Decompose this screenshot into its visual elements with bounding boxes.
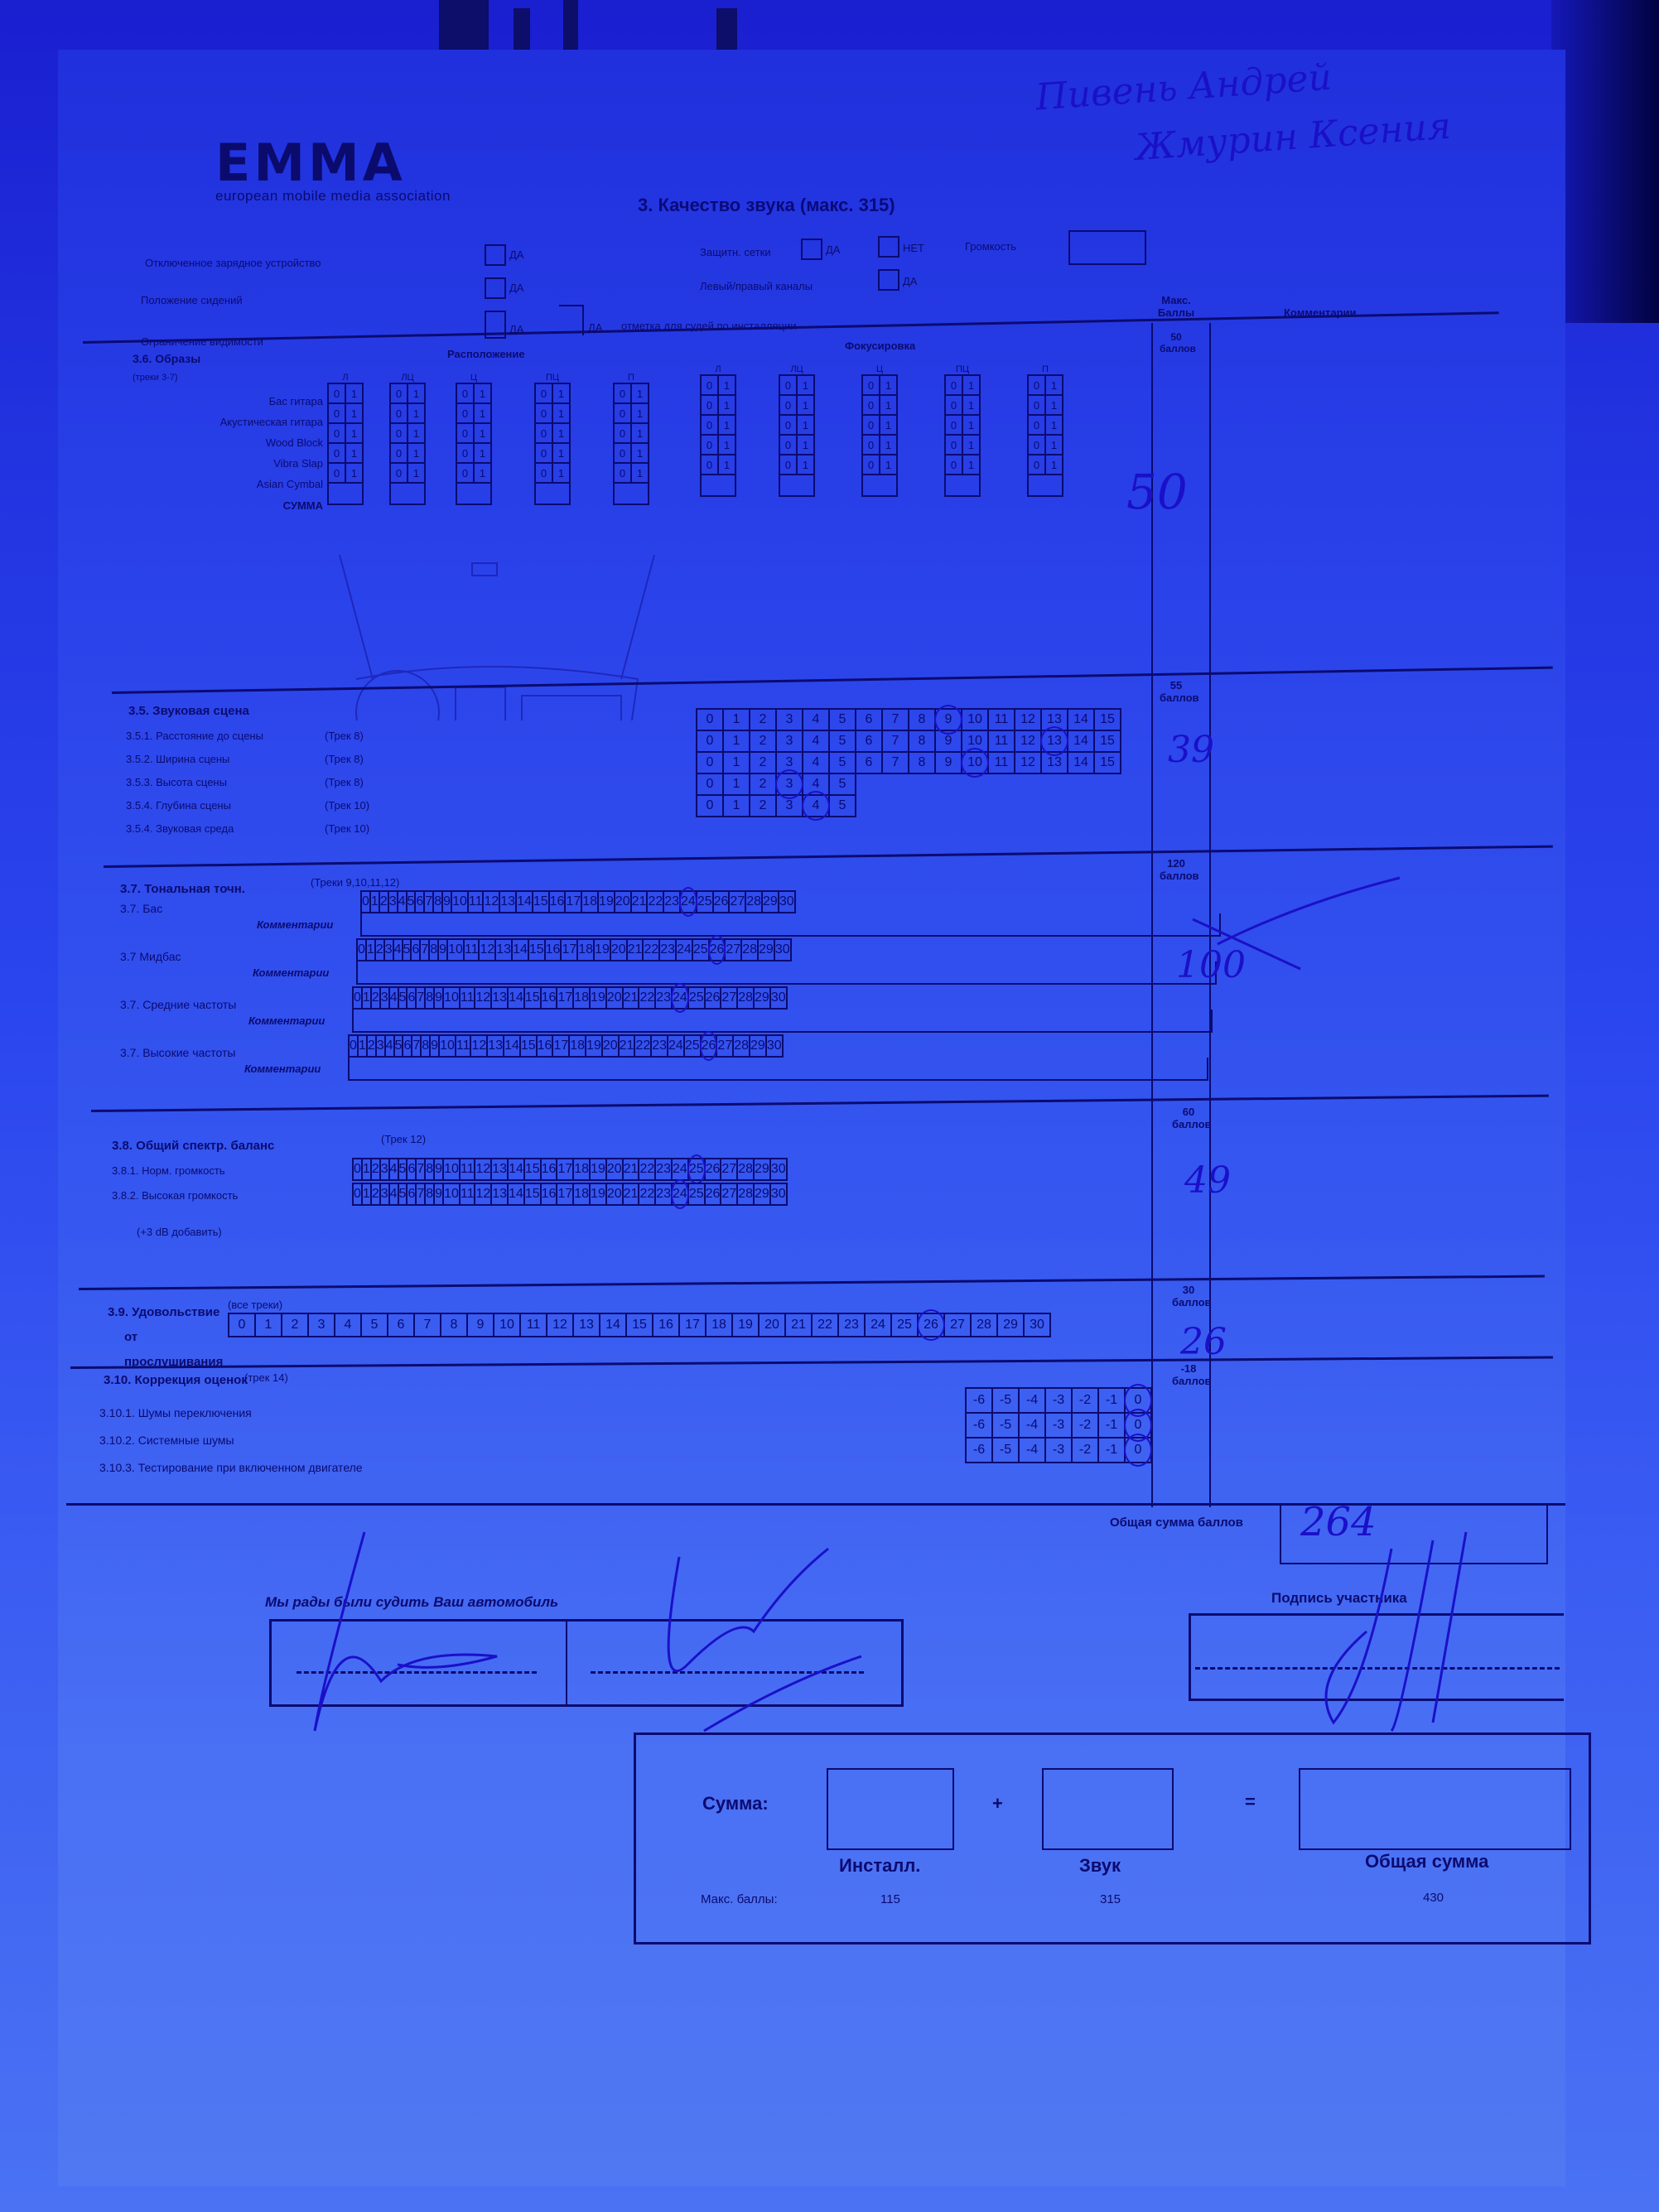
image-option-1[interactable]: 1: [345, 383, 363, 403]
score-option-7[interactable]: 7: [416, 987, 425, 1009]
score-option-19[interactable]: 19: [586, 1035, 602, 1057]
score-option-5[interactable]: 5: [398, 987, 408, 1009]
score-option-6[interactable]: 6: [407, 987, 416, 1009]
correction-option--6[interactable]: -6: [966, 1413, 992, 1438]
image-option-1[interactable]: 1: [631, 383, 649, 403]
image-option-1[interactable]: 1: [474, 403, 491, 423]
score-option-11[interactable]: 11: [988, 730, 1015, 752]
score-option-5[interactable]: 5: [361, 1313, 388, 1337]
image-option-1[interactable]: 1: [797, 455, 814, 475]
score-option-8[interactable]: 8: [425, 1159, 434, 1180]
score-option-18[interactable]: 18: [569, 1035, 586, 1057]
image-option-1[interactable]: 1: [718, 435, 735, 455]
score-option-5[interactable]: 5: [398, 1159, 408, 1180]
score-option-30[interactable]: 30: [770, 1159, 787, 1180]
score-option-4[interactable]: 4: [385, 1035, 394, 1057]
score-option-3[interactable]: 3: [380, 1183, 389, 1205]
image-sum-cell[interactable]: [701, 475, 735, 496]
score-option-8[interactable]: 8: [425, 1183, 434, 1205]
score-option-18[interactable]: 18: [706, 1313, 732, 1337]
correction-option--2[interactable]: -2: [1072, 1413, 1098, 1438]
score-option-5[interactable]: 5: [829, 730, 856, 752]
score-option-30[interactable]: 30: [774, 939, 791, 961]
score-option-7[interactable]: 7: [416, 1159, 425, 1180]
score-option-8[interactable]: 8: [425, 987, 434, 1009]
score-option-12[interactable]: 12: [475, 987, 491, 1009]
image-option-1[interactable]: 1: [1045, 435, 1063, 455]
score-option-23[interactable]: 23: [655, 1159, 672, 1180]
score-option-23[interactable]: 23: [663, 891, 680, 913]
score-option-1[interactable]: 1: [366, 939, 375, 961]
score-option-22[interactable]: 22: [812, 1313, 838, 1337]
score-option-9[interactable]: 9: [442, 891, 451, 913]
comment-field[interactable]: [360, 913, 1221, 937]
score-option-25[interactable]: 25: [891, 1313, 918, 1337]
volume-field[interactable]: [1068, 230, 1146, 265]
score-option-7[interactable]: 7: [416, 1183, 425, 1205]
charger-off-checkbox[interactable]: [485, 244, 506, 266]
score-option-14[interactable]: 14: [600, 1313, 626, 1337]
score-option-10[interactable]: 10: [443, 1159, 460, 1180]
correction-option--1[interactable]: -1: [1098, 1413, 1125, 1438]
score-option-28[interactable]: 28: [971, 1313, 997, 1337]
score-option-24[interactable]: 24: [672, 1183, 688, 1205]
image-sum-cell[interactable]: [862, 475, 897, 496]
image-option-0[interactable]: 0: [1028, 455, 1045, 475]
score-option-13[interactable]: 13: [573, 1313, 600, 1337]
score-option-12[interactable]: 12: [470, 1035, 487, 1057]
image-option-1[interactable]: 1: [1045, 415, 1063, 435]
score-option-3[interactable]: 3: [376, 1035, 385, 1057]
score-option-30[interactable]: 30: [1024, 1313, 1050, 1337]
image-sum-cell[interactable]: [945, 475, 980, 496]
score-option-17[interactable]: 17: [552, 1035, 569, 1057]
score-option-2[interactable]: 2: [379, 891, 388, 913]
score-option-28[interactable]: 28: [745, 891, 762, 913]
correction-option-0[interactable]: 0: [1125, 1438, 1151, 1463]
score-option-30[interactable]: 30: [770, 1183, 787, 1205]
grille-yes-checkbox[interactable]: [801, 239, 822, 260]
image-option-1[interactable]: 1: [1045, 375, 1063, 395]
image-option-0[interactable]: 0: [390, 403, 408, 423]
score-option-6[interactable]: 6: [407, 1183, 416, 1205]
score-option-9[interactable]: 9: [434, 1183, 443, 1205]
score-option-21[interactable]: 21: [627, 939, 644, 961]
score-option-14[interactable]: 14: [1068, 709, 1094, 730]
image-option-1[interactable]: 1: [962, 395, 980, 415]
score-option-14[interactable]: 14: [1068, 730, 1094, 752]
image-option-1[interactable]: 1: [345, 463, 363, 483]
correction-option--5[interactable]: -5: [992, 1438, 1019, 1463]
image-option-0[interactable]: 0: [390, 463, 408, 483]
image-option-1[interactable]: 1: [345, 443, 363, 463]
score-option-0[interactable]: 0: [353, 987, 362, 1009]
score-option-18[interactable]: 18: [581, 891, 598, 913]
score-option-12[interactable]: 12: [479, 939, 495, 961]
image-option-0[interactable]: 0: [614, 423, 631, 443]
image-sum-cell[interactable]: [390, 483, 425, 504]
score-option-29[interactable]: 29: [762, 891, 779, 913]
image-option-0[interactable]: 0: [328, 443, 345, 463]
image-option-0[interactable]: 0: [1028, 395, 1045, 415]
score-option-9[interactable]: 9: [434, 1159, 443, 1180]
image-option-1[interactable]: 1: [408, 403, 425, 423]
score-option-21[interactable]: 21: [631, 891, 648, 913]
score-option-5[interactable]: 5: [829, 709, 856, 730]
score-option-2[interactable]: 2: [750, 773, 776, 795]
score-option-29[interactable]: 29: [758, 939, 774, 961]
score-option-0[interactable]: 0: [349, 1035, 358, 1057]
score-option-29[interactable]: 29: [754, 987, 770, 1009]
image-option-1[interactable]: 1: [631, 463, 649, 483]
score-option-8[interactable]: 8: [433, 891, 442, 913]
score-option-24[interactable]: 24: [676, 939, 692, 961]
image-option-1[interactable]: 1: [1045, 395, 1063, 415]
score-option-24[interactable]: 24: [672, 987, 688, 1009]
score-option-27[interactable]: 27: [721, 987, 737, 1009]
score-option-10[interactable]: 10: [439, 1035, 456, 1057]
score-option-6[interactable]: 6: [407, 1159, 416, 1180]
score-option-14[interactable]: 14: [512, 939, 528, 961]
score-option-4[interactable]: 4: [803, 730, 829, 752]
image-option-1[interactable]: 1: [345, 423, 363, 443]
score-option-12[interactable]: 12: [475, 1159, 491, 1180]
score-option-0[interactable]: 0: [361, 891, 370, 913]
image-option-0[interactable]: 0: [328, 403, 345, 423]
image-option-0[interactable]: 0: [945, 455, 962, 475]
image-sum-cell[interactable]: [614, 483, 649, 504]
image-option-0[interactable]: 0: [862, 455, 880, 475]
score-option-24[interactable]: 24: [668, 1035, 684, 1057]
image-option-1[interactable]: 1: [962, 375, 980, 395]
image-option-1[interactable]: 1: [962, 455, 980, 475]
score-option-20[interactable]: 20: [606, 1159, 623, 1180]
score-option-0[interactable]: 0: [697, 795, 723, 817]
image-option-0[interactable]: 0: [535, 383, 552, 403]
score-option-19[interactable]: 19: [590, 1183, 606, 1205]
score-option-15[interactable]: 15: [1094, 730, 1121, 752]
correction-option--4[interactable]: -4: [1019, 1388, 1045, 1413]
image-option-1[interactable]: 1: [552, 403, 570, 423]
image-option-0[interactable]: 0: [614, 383, 631, 403]
score-option-13[interactable]: 13: [491, 987, 508, 1009]
score-option-1[interactable]: 1: [723, 709, 750, 730]
image-option-1[interactable]: 1: [962, 415, 980, 435]
image-option-0[interactable]: 0: [945, 415, 962, 435]
score-option-15[interactable]: 15: [1094, 752, 1121, 773]
score-option-22[interactable]: 22: [639, 1183, 655, 1205]
score-option-1[interactable]: 1: [358, 1035, 367, 1057]
correction-option--5[interactable]: -5: [992, 1413, 1019, 1438]
score-option-21[interactable]: 21: [619, 1035, 635, 1057]
image-option-0[interactable]: 0: [390, 423, 408, 443]
image-option-0[interactable]: 0: [535, 463, 552, 483]
image-option-1[interactable]: 1: [345, 403, 363, 423]
score-option-5[interactable]: 5: [403, 939, 412, 961]
score-option-24[interactable]: 24: [672, 1159, 688, 1180]
score-option-16[interactable]: 16: [549, 891, 566, 913]
score-option-3[interactable]: 3: [776, 709, 803, 730]
score-option-4[interactable]: 4: [393, 939, 403, 961]
score-option-12[interactable]: 12: [483, 891, 499, 913]
score-option-29[interactable]: 29: [997, 1313, 1024, 1337]
score-option-4[interactable]: 4: [803, 752, 829, 773]
score-option-5[interactable]: 5: [829, 795, 856, 817]
score-option-3[interactable]: 3: [308, 1313, 335, 1337]
score-option-7[interactable]: 7: [882, 709, 909, 730]
score-option-28[interactable]: 28: [737, 1159, 754, 1180]
image-option-0[interactable]: 0: [862, 375, 880, 395]
install-sum-field[interactable]: [827, 1768, 954, 1850]
image-option-1[interactable]: 1: [631, 443, 649, 463]
correction-option--4[interactable]: -4: [1019, 1438, 1045, 1463]
score-option-0[interactable]: 0: [229, 1313, 255, 1337]
score-option-28[interactable]: 28: [741, 939, 758, 961]
image-option-0[interactable]: 0: [390, 383, 408, 403]
image-option-1[interactable]: 1: [880, 435, 897, 455]
score-option-16[interactable]: 16: [541, 1159, 557, 1180]
score-option-29[interactable]: 29: [754, 1183, 770, 1205]
score-option-0[interactable]: 0: [697, 773, 723, 795]
image-sum-cell[interactable]: [1028, 475, 1063, 496]
score-option-20[interactable]: 20: [606, 1183, 623, 1205]
score-option-18[interactable]: 18: [573, 1159, 590, 1180]
score-option-26[interactable]: 26: [701, 1035, 717, 1057]
seat-position-checkbox[interactable]: [485, 277, 506, 299]
image-option-0[interactable]: 0: [614, 443, 631, 463]
correction-option--2[interactable]: -2: [1072, 1388, 1098, 1413]
image-option-0[interactable]: 0: [862, 435, 880, 455]
score-option-9[interactable]: 9: [935, 730, 962, 752]
image-option-0[interactable]: 0: [701, 415, 718, 435]
score-option-9[interactable]: 9: [935, 752, 962, 773]
score-option-14[interactable]: 14: [504, 1035, 520, 1057]
image-option-1[interactable]: 1: [552, 463, 570, 483]
score-option-10[interactable]: 10: [962, 709, 988, 730]
image-option-0[interactable]: 0: [614, 403, 631, 423]
score-option-14[interactable]: 14: [516, 891, 533, 913]
image-option-1[interactable]: 1: [880, 395, 897, 415]
image-option-0[interactable]: 0: [328, 463, 345, 483]
image-option-0[interactable]: 0: [1028, 375, 1045, 395]
image-option-0[interactable]: 0: [779, 435, 797, 455]
score-option-2[interactable]: 2: [371, 987, 380, 1009]
score-option-5[interactable]: 5: [394, 1035, 403, 1057]
score-option-22[interactable]: 22: [647, 891, 663, 913]
score-option-3[interactable]: 3: [388, 891, 398, 913]
score-option-8[interactable]: 8: [421, 1035, 430, 1057]
score-option-2[interactable]: 2: [750, 730, 776, 752]
score-option-14[interactable]: 14: [508, 987, 524, 1009]
image-option-0[interactable]: 0: [701, 375, 718, 395]
score-option-15[interactable]: 15: [520, 1035, 537, 1057]
score-option-7[interactable]: 7: [420, 939, 429, 961]
image-option-0[interactable]: 0: [390, 443, 408, 463]
score-option-3[interactable]: 3: [776, 795, 803, 817]
score-option-6[interactable]: 6: [388, 1313, 414, 1337]
image-option-0[interactable]: 0: [701, 435, 718, 455]
score-option-13[interactable]: 13: [495, 939, 512, 961]
score-option-8[interactable]: 8: [909, 752, 935, 773]
score-option-2[interactable]: 2: [371, 1183, 380, 1205]
score-option-4[interactable]: 4: [389, 1183, 398, 1205]
score-option-26[interactable]: 26: [918, 1313, 944, 1337]
score-option-16[interactable]: 16: [653, 1313, 679, 1337]
score-option-6[interactable]: 6: [411, 939, 420, 961]
score-option-3[interactable]: 3: [380, 987, 389, 1009]
score-option-13[interactable]: 13: [1041, 752, 1068, 773]
image-option-0[interactable]: 0: [456, 403, 474, 423]
score-option-1[interactable]: 1: [362, 987, 371, 1009]
grille-no-checkbox[interactable]: [878, 236, 899, 258]
image-option-1[interactable]: 1: [408, 443, 425, 463]
score-option-28[interactable]: 28: [733, 1035, 750, 1057]
score-option-15[interactable]: 15: [528, 939, 545, 961]
score-option-12[interactable]: 12: [475, 1183, 491, 1205]
score-option-20[interactable]: 20: [602, 1035, 619, 1057]
score-option-11[interactable]: 11: [988, 709, 1015, 730]
score-option-15[interactable]: 15: [524, 1159, 541, 1180]
score-option-11[interactable]: 11: [460, 1183, 475, 1205]
correction-option--3[interactable]: -3: [1045, 1388, 1072, 1413]
score-option-2[interactable]: 2: [750, 752, 776, 773]
score-option-11[interactable]: 11: [520, 1313, 547, 1337]
image-option-1[interactable]: 1: [552, 423, 570, 443]
image-option-1[interactable]: 1: [408, 463, 425, 483]
score-option-11[interactable]: 11: [464, 939, 480, 961]
image-option-0[interactable]: 0: [328, 383, 345, 403]
score-option-25[interactable]: 25: [688, 1159, 705, 1180]
sound-sum-field[interactable]: [1042, 1768, 1174, 1850]
score-option-27[interactable]: 27: [721, 1159, 737, 1180]
score-option-1[interactable]: 1: [723, 773, 750, 795]
image-option-1[interactable]: 1: [797, 435, 814, 455]
score-option-2[interactable]: 2: [750, 709, 776, 730]
score-option-0[interactable]: 0: [353, 1183, 362, 1205]
score-option-7[interactable]: 7: [414, 1313, 441, 1337]
image-sum-cell[interactable]: [535, 483, 570, 504]
score-option-18[interactable]: 18: [577, 939, 594, 961]
image-option-1[interactable]: 1: [880, 375, 897, 395]
score-option-21[interactable]: 21: [623, 987, 639, 1009]
score-option-0[interactable]: 0: [697, 730, 723, 752]
score-option-16[interactable]: 16: [537, 1035, 553, 1057]
score-option-19[interactable]: 19: [598, 891, 615, 913]
image-option-1[interactable]: 1: [408, 423, 425, 443]
score-option-1[interactable]: 1: [362, 1183, 371, 1205]
score-option-22[interactable]: 22: [643, 939, 659, 961]
image-option-0[interactable]: 0: [456, 463, 474, 483]
score-option-4[interactable]: 4: [803, 709, 829, 730]
image-option-0[interactable]: 0: [945, 375, 962, 395]
score-option-8[interactable]: 8: [909, 730, 935, 752]
image-option-1[interactable]: 1: [474, 423, 491, 443]
score-option-8[interactable]: 8: [429, 939, 438, 961]
score-option-25[interactable]: 25: [697, 891, 713, 913]
score-option-10[interactable]: 10: [443, 1183, 460, 1205]
score-option-17[interactable]: 17: [557, 1183, 573, 1205]
score-option-7[interactable]: 7: [882, 730, 909, 752]
image-option-0[interactable]: 0: [328, 423, 345, 443]
score-option-6[interactable]: 6: [415, 891, 424, 913]
score-option-16[interactable]: 16: [545, 939, 562, 961]
score-option-17[interactable]: 17: [679, 1313, 706, 1337]
score-option-5[interactable]: 5: [829, 773, 856, 795]
score-option-0[interactable]: 0: [697, 752, 723, 773]
score-option-21[interactable]: 21: [785, 1313, 812, 1337]
image-option-0[interactable]: 0: [1028, 415, 1045, 435]
score-option-3[interactable]: 3: [384, 939, 393, 961]
score-option-26[interactable]: 26: [705, 1183, 721, 1205]
score-option-27[interactable]: 27: [729, 891, 745, 913]
score-option-11[interactable]: 11: [460, 987, 475, 1009]
score-option-1[interactable]: 1: [255, 1313, 282, 1337]
image-option-1[interactable]: 1: [1045, 455, 1063, 475]
score-option-23[interactable]: 23: [838, 1313, 865, 1337]
score-option-16[interactable]: 16: [541, 1183, 557, 1205]
comment-field[interactable]: [356, 961, 1217, 985]
image-option-1[interactable]: 1: [880, 415, 897, 435]
score-option-25[interactable]: 25: [692, 939, 709, 961]
score-option-3[interactable]: 3: [380, 1159, 389, 1180]
score-option-4[interactable]: 4: [389, 1159, 398, 1180]
score-option-26[interactable]: 26: [705, 1159, 721, 1180]
score-option-2[interactable]: 2: [282, 1313, 308, 1337]
score-option-22[interactable]: 22: [639, 1159, 655, 1180]
score-option-1[interactable]: 1: [723, 730, 750, 752]
score-option-24[interactable]: 24: [680, 891, 697, 913]
score-option-20[interactable]: 20: [615, 891, 631, 913]
score-option-2[interactable]: 2: [750, 795, 776, 817]
score-option-7[interactable]: 7: [424, 891, 433, 913]
score-option-9[interactable]: 9: [430, 1035, 439, 1057]
score-option-21[interactable]: 21: [623, 1183, 639, 1205]
image-option-0[interactable]: 0: [456, 443, 474, 463]
score-option-20[interactable]: 20: [610, 939, 627, 961]
score-option-12[interactable]: 12: [1015, 730, 1041, 752]
score-option-4[interactable]: 4: [335, 1313, 361, 1337]
image-option-0[interactable]: 0: [535, 403, 552, 423]
score-option-15[interactable]: 15: [524, 1183, 541, 1205]
correction-option--1[interactable]: -1: [1098, 1388, 1125, 1413]
score-option-19[interactable]: 19: [594, 939, 610, 961]
score-option-1[interactable]: 1: [370, 891, 379, 913]
correction-option--2[interactable]: -2: [1072, 1438, 1098, 1463]
image-option-1[interactable]: 1: [718, 455, 735, 475]
lr-channels-checkbox[interactable]: [878, 269, 899, 291]
image-option-0[interactable]: 0: [945, 435, 962, 455]
score-option-13[interactable]: 13: [487, 1035, 504, 1057]
score-option-27[interactable]: 27: [716, 1035, 733, 1057]
correction-option--6[interactable]: -6: [966, 1388, 992, 1413]
score-option-9[interactable]: 9: [438, 939, 447, 961]
score-option-15[interactable]: 15: [524, 987, 541, 1009]
score-option-27[interactable]: 27: [944, 1313, 971, 1337]
score-option-15[interactable]: 15: [533, 891, 549, 913]
score-option-28[interactable]: 28: [737, 1183, 754, 1205]
score-option-5[interactable]: 5: [829, 752, 856, 773]
image-option-1[interactable]: 1: [797, 395, 814, 415]
score-option-15[interactable]: 15: [626, 1313, 653, 1337]
image-option-1[interactable]: 1: [797, 375, 814, 395]
score-option-11[interactable]: 11: [988, 752, 1015, 773]
score-option-13[interactable]: 13: [499, 891, 516, 913]
score-option-22[interactable]: 22: [639, 987, 655, 1009]
score-option-10[interactable]: 10: [451, 891, 468, 913]
score-option-2[interactable]: 2: [375, 939, 384, 961]
score-option-6[interactable]: 6: [403, 1035, 412, 1057]
score-option-23[interactable]: 23: [655, 987, 672, 1009]
